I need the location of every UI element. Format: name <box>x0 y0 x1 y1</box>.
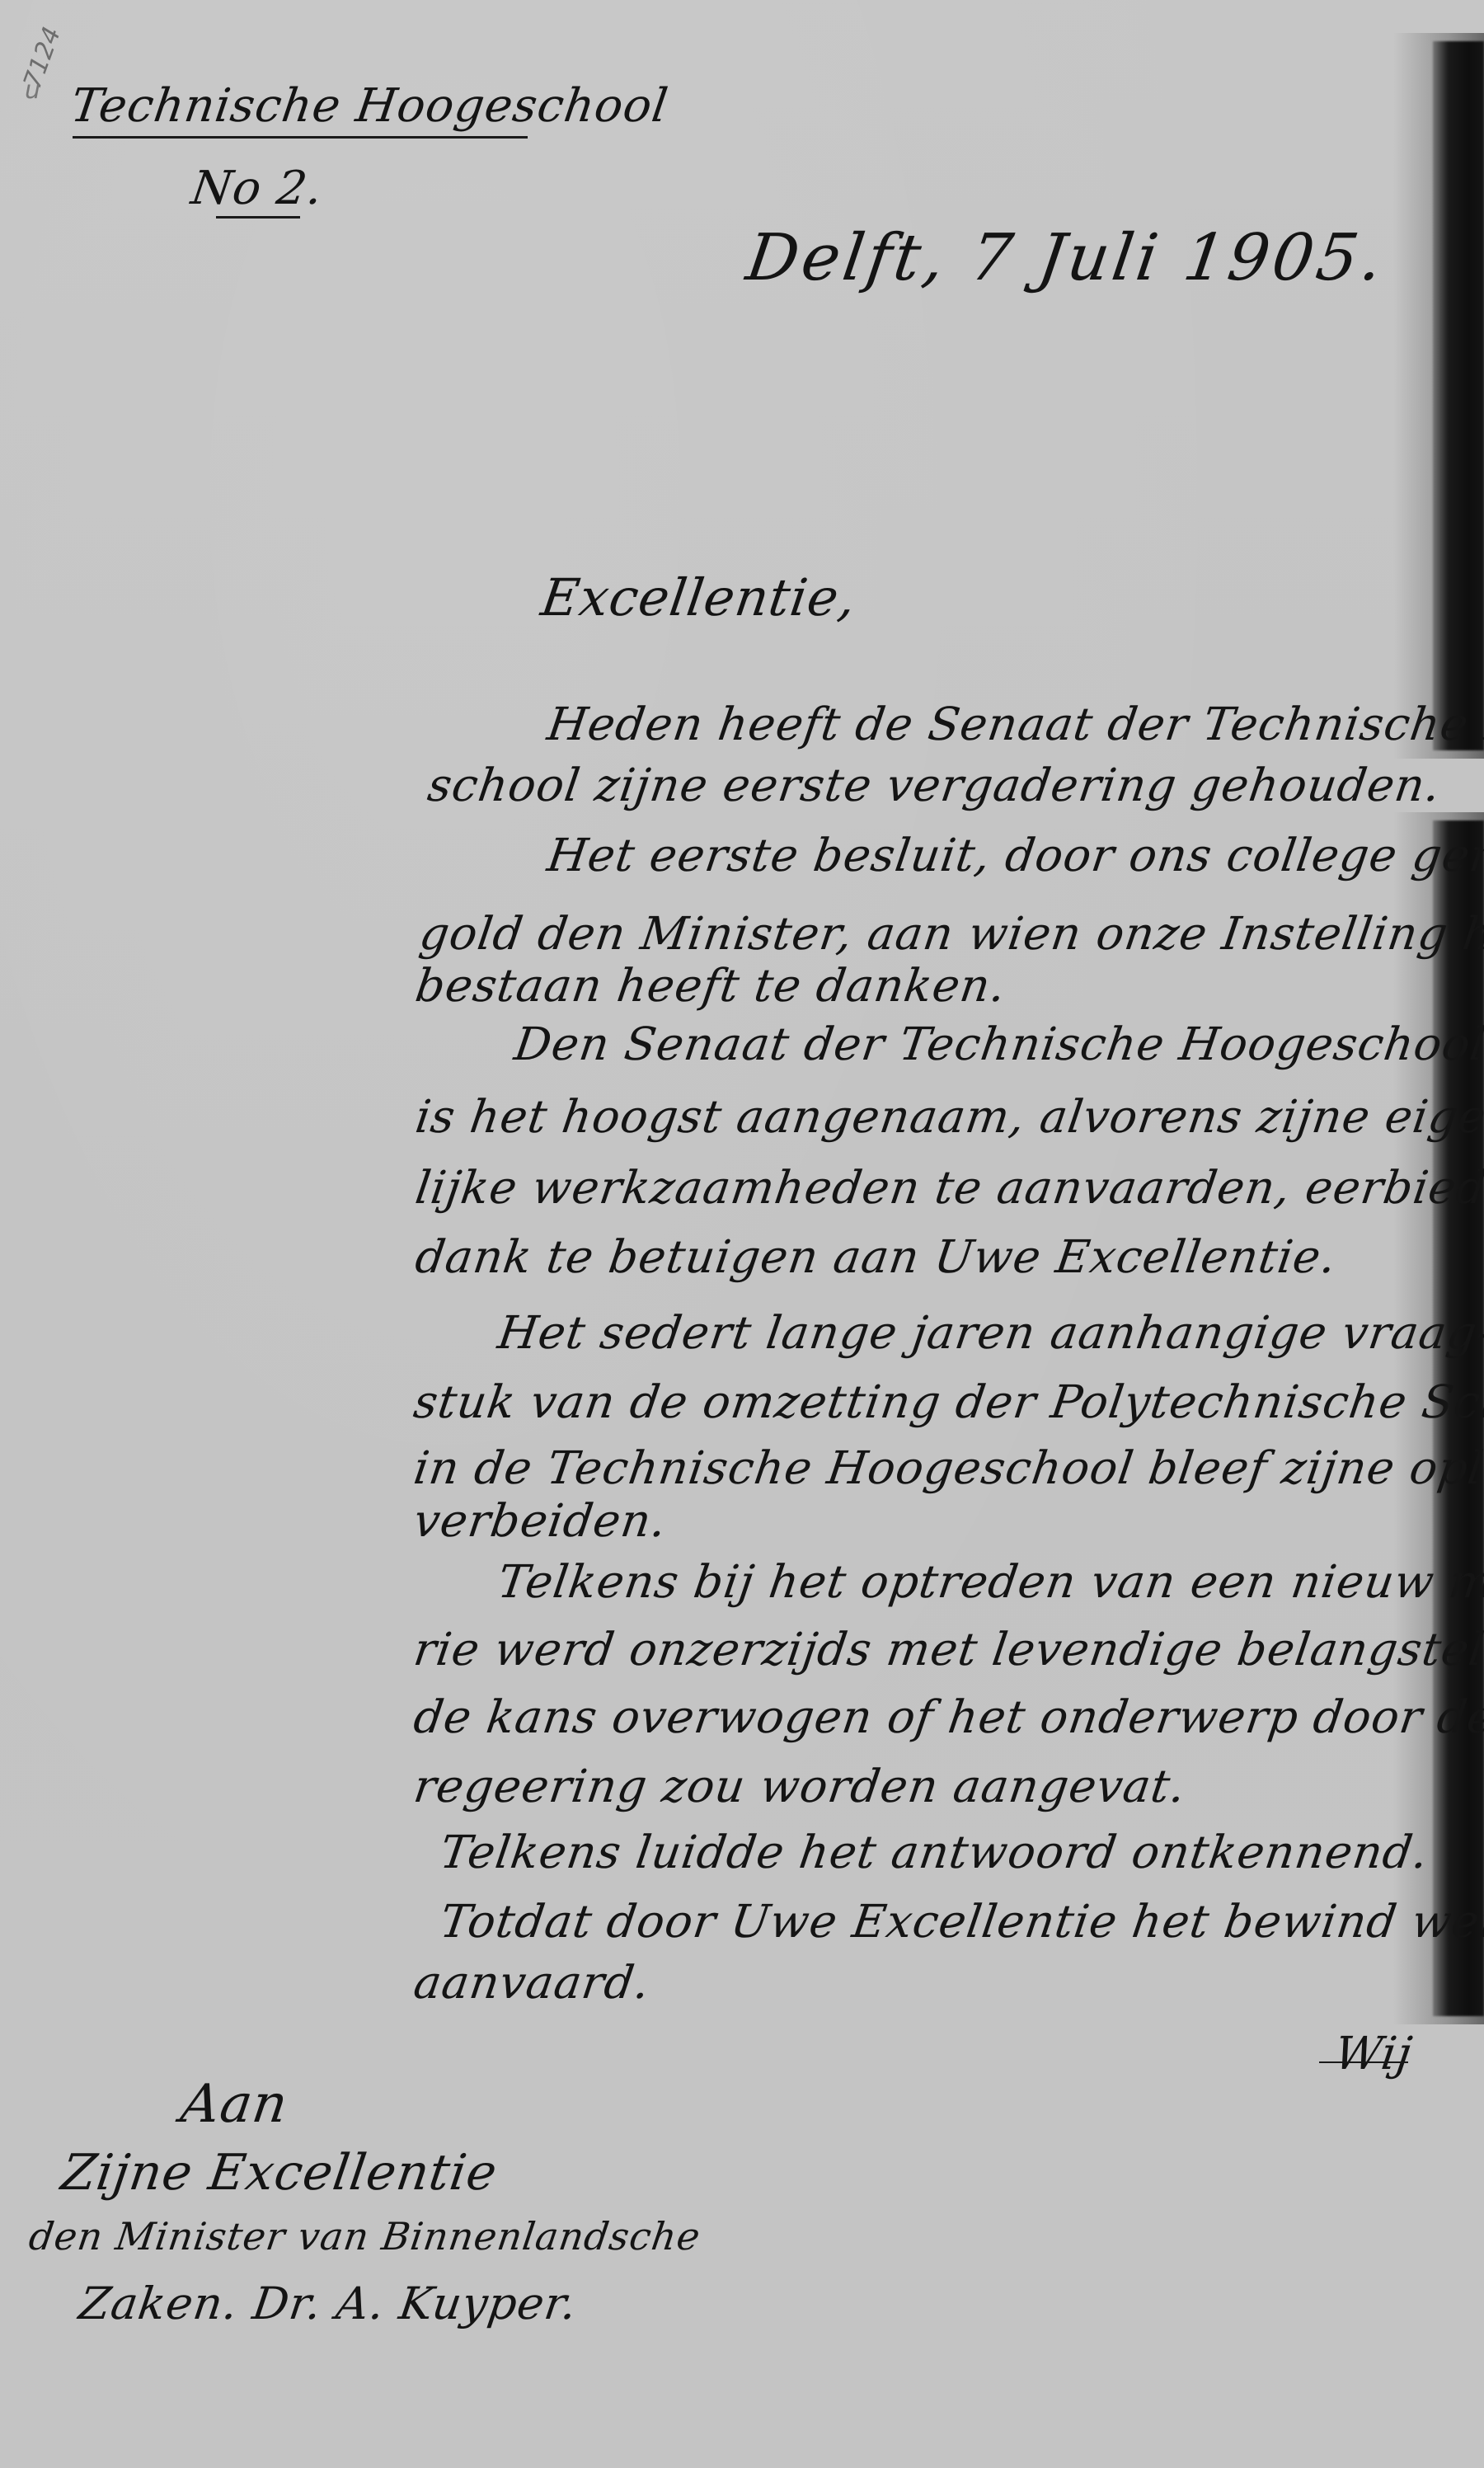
body-line: school zijne eerste vergadering gehouden… <box>425 759 1444 811</box>
catchword: Wij <box>1331 2027 1416 2080</box>
body-line: lijke werkzaamheden te aanvaarden, eerbi… <box>412 1161 1484 1214</box>
body-line: rie werd onzerzijds met levendige belang… <box>411 1623 1484 1676</box>
body-line: dank te betuigen aan Uwe Excellentie. <box>412 1230 1340 1283</box>
body-line: is het hoogst aangenaam, alvorens zijne … <box>412 1090 1484 1143</box>
addressee-line-3: Zaken. Dr. A. Kuyper. <box>76 2278 580 2329</box>
body-line: verbeiden. <box>411 1494 670 1547</box>
addressee-line-1: Zijne Excellentie <box>58 2144 501 2202</box>
body-line: in de Technische Hoogeschool bleef zijne… <box>411 1441 1484 1494</box>
body-line: Het sedert lange jaren aanhangige vraag- <box>495 1306 1484 1359</box>
addressee-line-2: den Minister van Binnenlandsche <box>26 2214 703 2259</box>
body-line: Totdat door Uwe Excellentie het bewind w… <box>437 1895 1484 1948</box>
body-line: Telkens luidde het antwoord ontkennend. <box>437 1826 1432 1878</box>
addressee-prefix: Aan <box>177 2074 292 2135</box>
body-line: de kans overwogen of het onderwerp door … <box>411 1690 1484 1743</box>
body-line: stuk van de omzetting der Polytechnische… <box>411 1375 1484 1428</box>
body-line: Het eerste besluit, door ons college gen… <box>544 829 1484 881</box>
number-underline <box>216 216 300 219</box>
body-line: Den Senaat der Technische Hoogeschool <box>511 1018 1484 1070</box>
document-number: No 2. <box>188 162 326 215</box>
heading-underline <box>73 136 528 139</box>
archive-suffix: u <box>25 76 40 105</box>
salutation: Excellentie, <box>538 567 860 628</box>
catchword-underline <box>1319 2061 1408 2063</box>
binding-strip-top <box>1433 41 1484 750</box>
body-line: Heden heeft de Senaat der Technische Hoo… <box>544 698 1484 750</box>
body-line: Telkens bij het optreden van een nieuw m… <box>495 1555 1484 1608</box>
date-line: Delft, 7 Juli 1905. <box>742 221 1390 295</box>
institution-heading: Technische Hoogeschool <box>68 79 672 133</box>
body-line: gold den Minister, aan wien onze Instell… <box>416 907 1484 960</box>
body-line: aanvaard. <box>411 1956 654 2009</box>
body-line: regeering zou worden aangevat. <box>411 1760 1189 1812</box>
body-line: bestaan heeft te danken. <box>412 959 1009 1012</box>
